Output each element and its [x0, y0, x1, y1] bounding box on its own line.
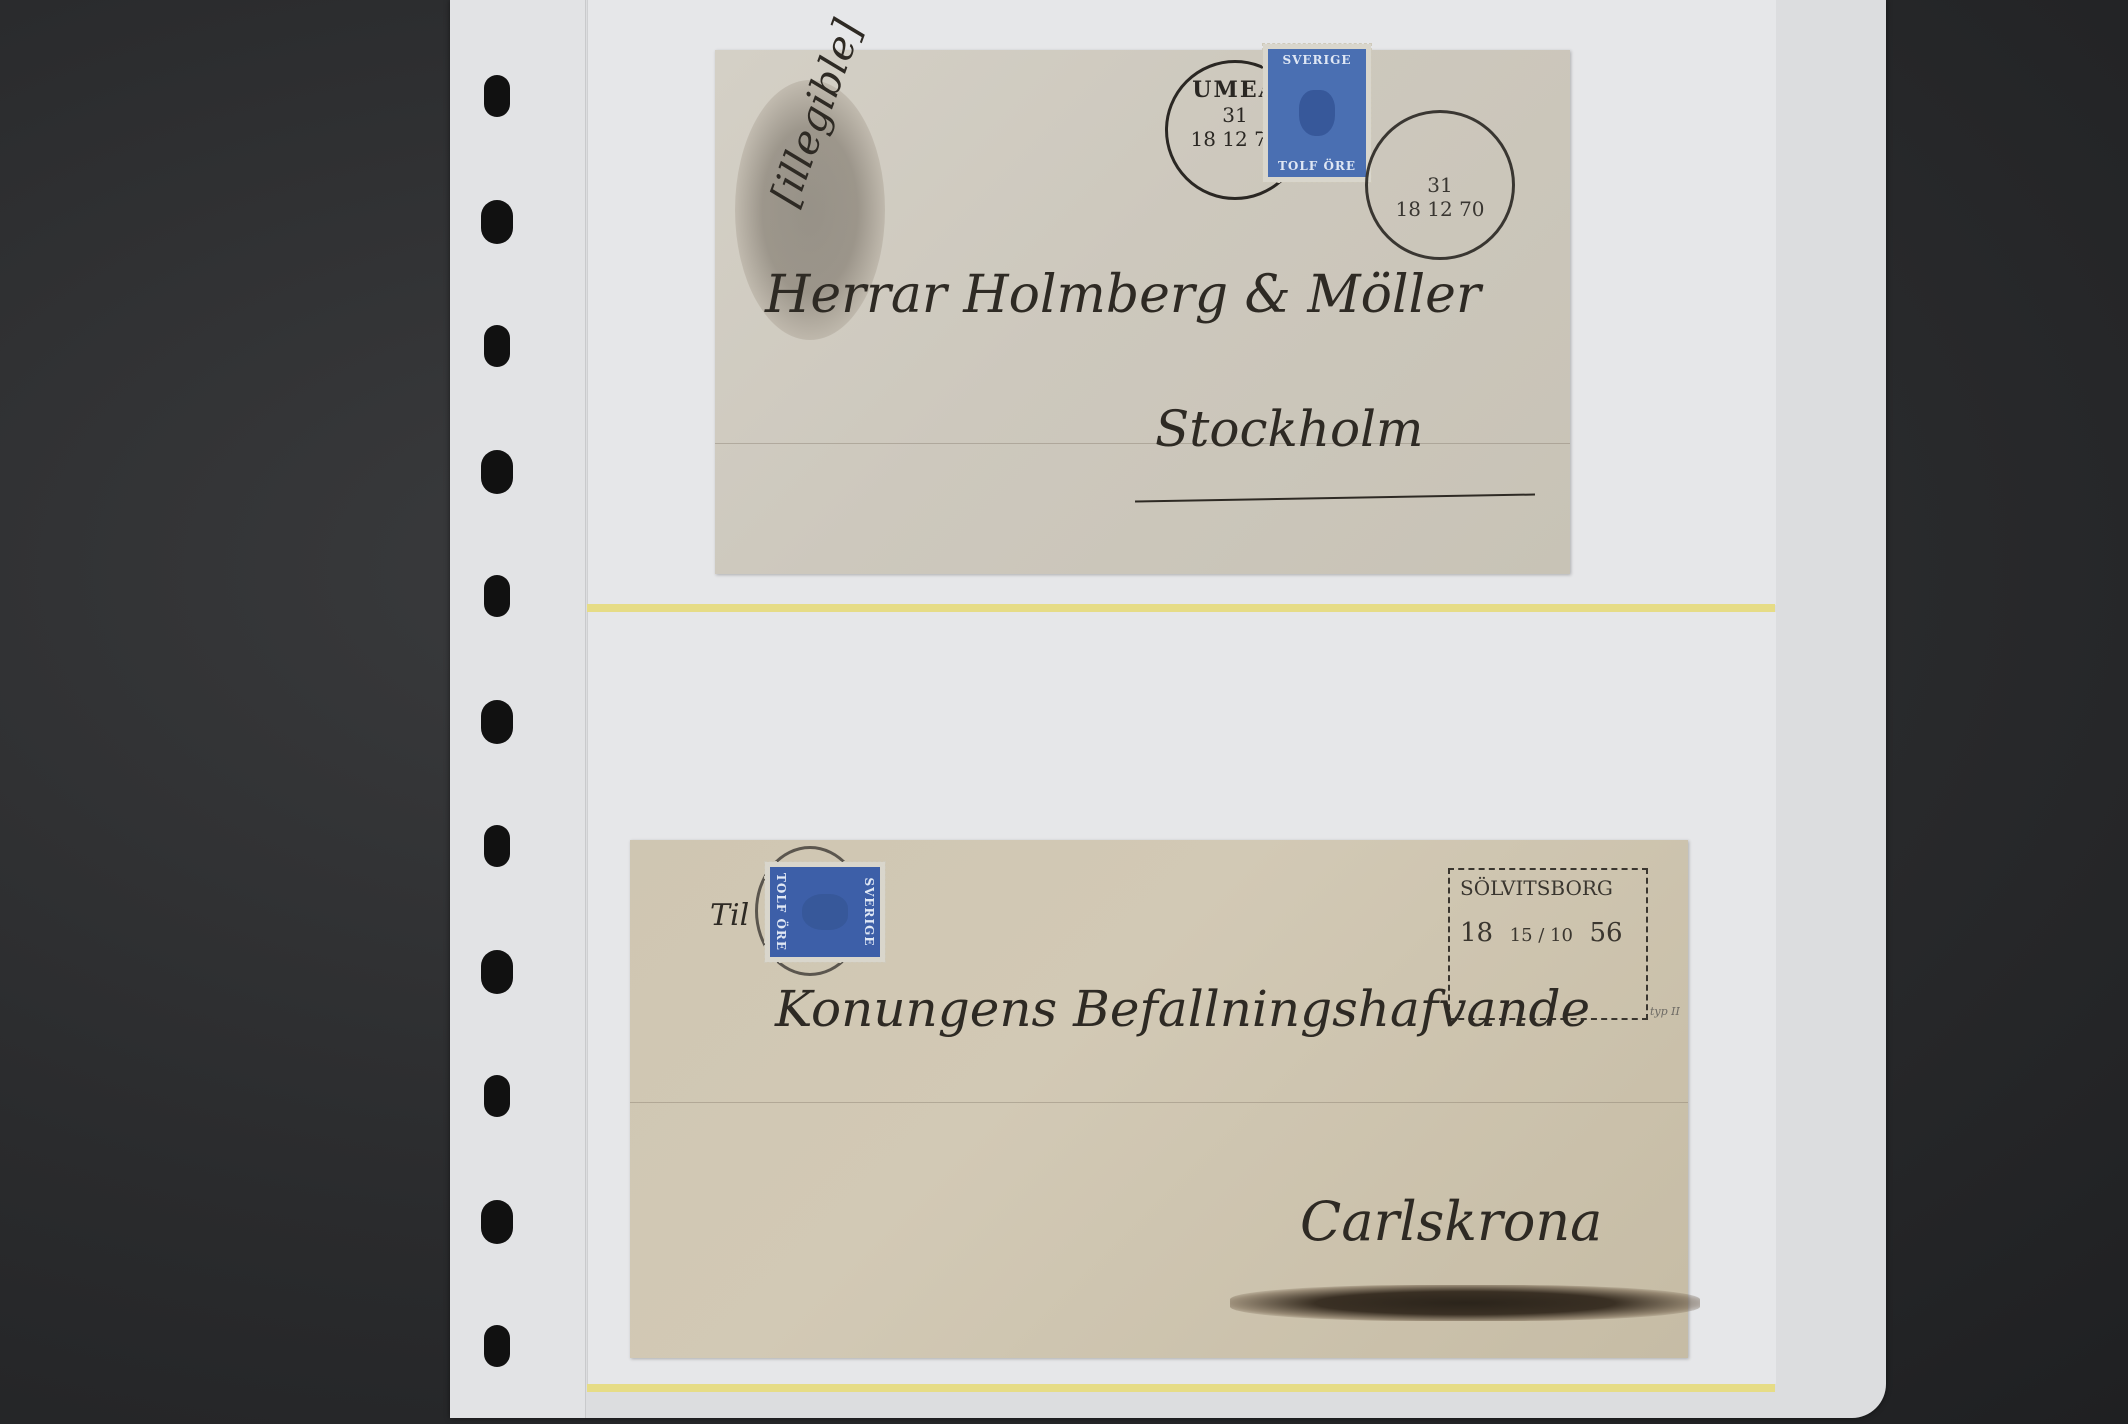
divider-line — [587, 604, 1775, 612]
binder-hole — [481, 950, 513, 994]
binder-hole — [484, 75, 510, 117]
underline — [1135, 494, 1535, 503]
divider-line — [587, 1384, 1775, 1392]
crest-icon — [802, 894, 848, 930]
binder-hole — [484, 825, 510, 867]
address-line-2: Stockholm — [1155, 400, 1423, 458]
binder-margin-strip — [450, 0, 586, 1418]
address-line-2: Carlskrona — [1300, 1190, 1602, 1253]
stamp-12-ore: SVERIGE TOLF ÖRE — [765, 862, 885, 962]
prefix: Til — [710, 898, 749, 933]
binder-hole — [484, 1075, 510, 1117]
binder-hole — [481, 700, 513, 744]
postmark-dala: 31 18 12 70 — [1365, 110, 1515, 260]
ink-underline — [1230, 1285, 1700, 1321]
stamp-12-ore: SVERIGE TOLF ÖRE — [1263, 44, 1371, 182]
pencil-note: typ II — [1650, 1005, 1680, 1018]
bottom-cover: SVERIGE TOLF ÖRE SÖLVITSBORG 18 15 / 10 … — [630, 840, 1688, 1358]
address-line-1: Konungens Befallningshafvande — [775, 980, 1590, 1038]
binder-hole — [481, 450, 513, 494]
address-line-1: Herrar Holmberg & Möller — [765, 265, 1481, 325]
top-cover: [illegible] UMEÅ 31 18 12 70 SVERIGE TOL… — [715, 50, 1570, 574]
binder-hole — [481, 200, 513, 244]
binder-hole — [481, 1200, 513, 1244]
crest-icon — [1299, 90, 1335, 136]
binder-hole — [484, 1325, 510, 1367]
binder-hole — [484, 325, 510, 367]
binder-hole — [484, 575, 510, 617]
